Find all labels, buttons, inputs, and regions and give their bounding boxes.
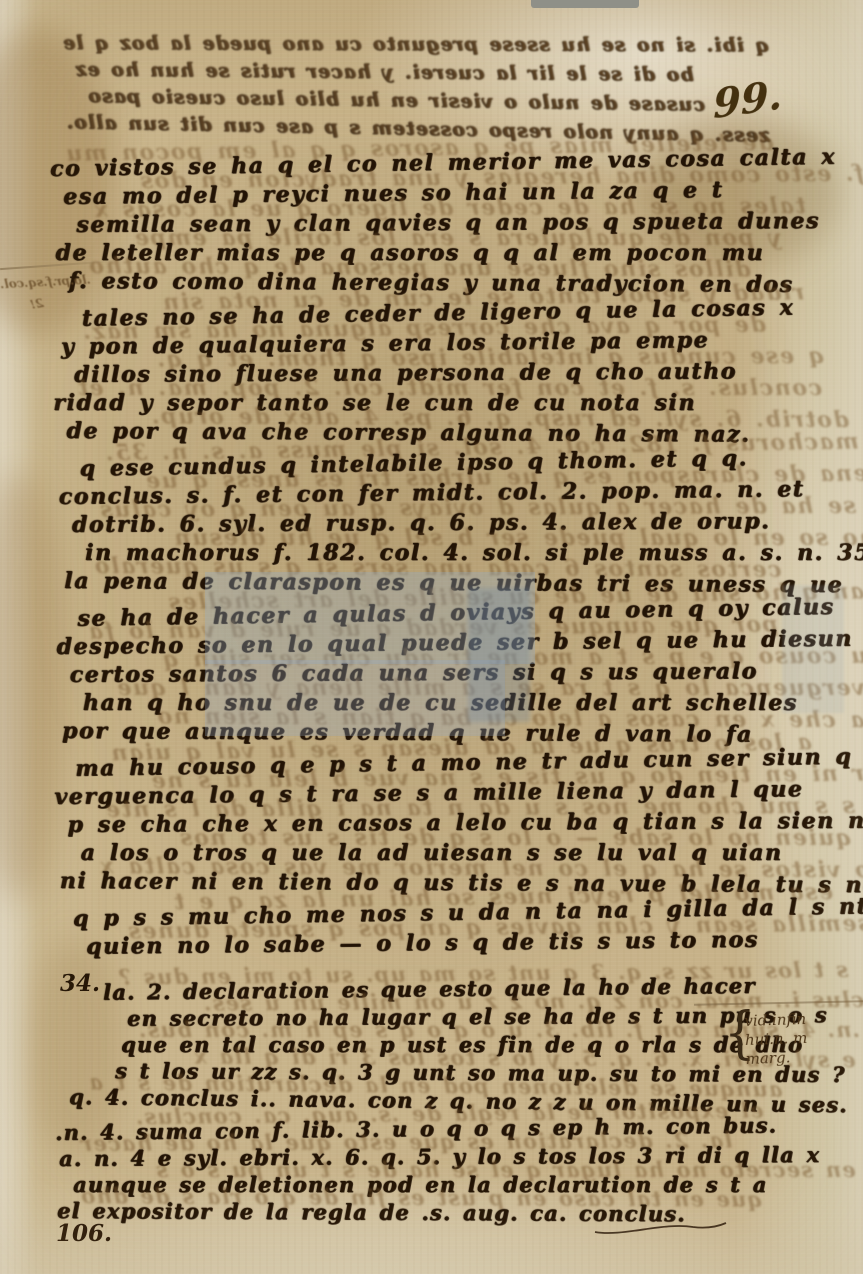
manuscript-line: zess. q auny nolo respo cossetem s p ase…	[63, 29, 695, 59]
right-margin-note-line: marg.	[745, 1046, 861, 1069]
left-margin-bleed-mark: 2!	[29, 297, 45, 311]
manuscript-page: zess. q auny nolo respo cossetem s p ase…	[0, 0, 863, 1274]
folio-number: 99.	[713, 75, 782, 125]
ink-text: el expositor de la regla de .s. aug. ca.…	[57, 1197, 686, 1228]
footer-number: 106.	[56, 1222, 112, 1245]
scanner-edge-artifact	[531, 0, 639, 8]
manuscript-body: de leteller mias pe q asoros q q al em p…	[50, 146, 824, 960]
ink-text: quien no lo sabe — o lo s q de tis s us …	[86, 925, 759, 962]
right-margin-note: vid.infin hui.n. m marg.	[744, 1008, 861, 1069]
ink-text: q ibi. si no se hu ssese pregunto cu ano…	[63, 29, 770, 59]
manuscript-line: semilla sean y clan qavies q an pos q sp…	[86, 924, 824, 962]
underline-flourish	[593, 1218, 728, 1238]
paragraph-number: 34.	[60, 972, 100, 995]
bleedthrough-text-block: zess. q auny nolo respo cossetem s p ase…	[61, 26, 695, 147]
manuscript-paragraph-34: s t los ur zz s. q. 3 g unt so ma up. su…	[55, 975, 815, 1227]
